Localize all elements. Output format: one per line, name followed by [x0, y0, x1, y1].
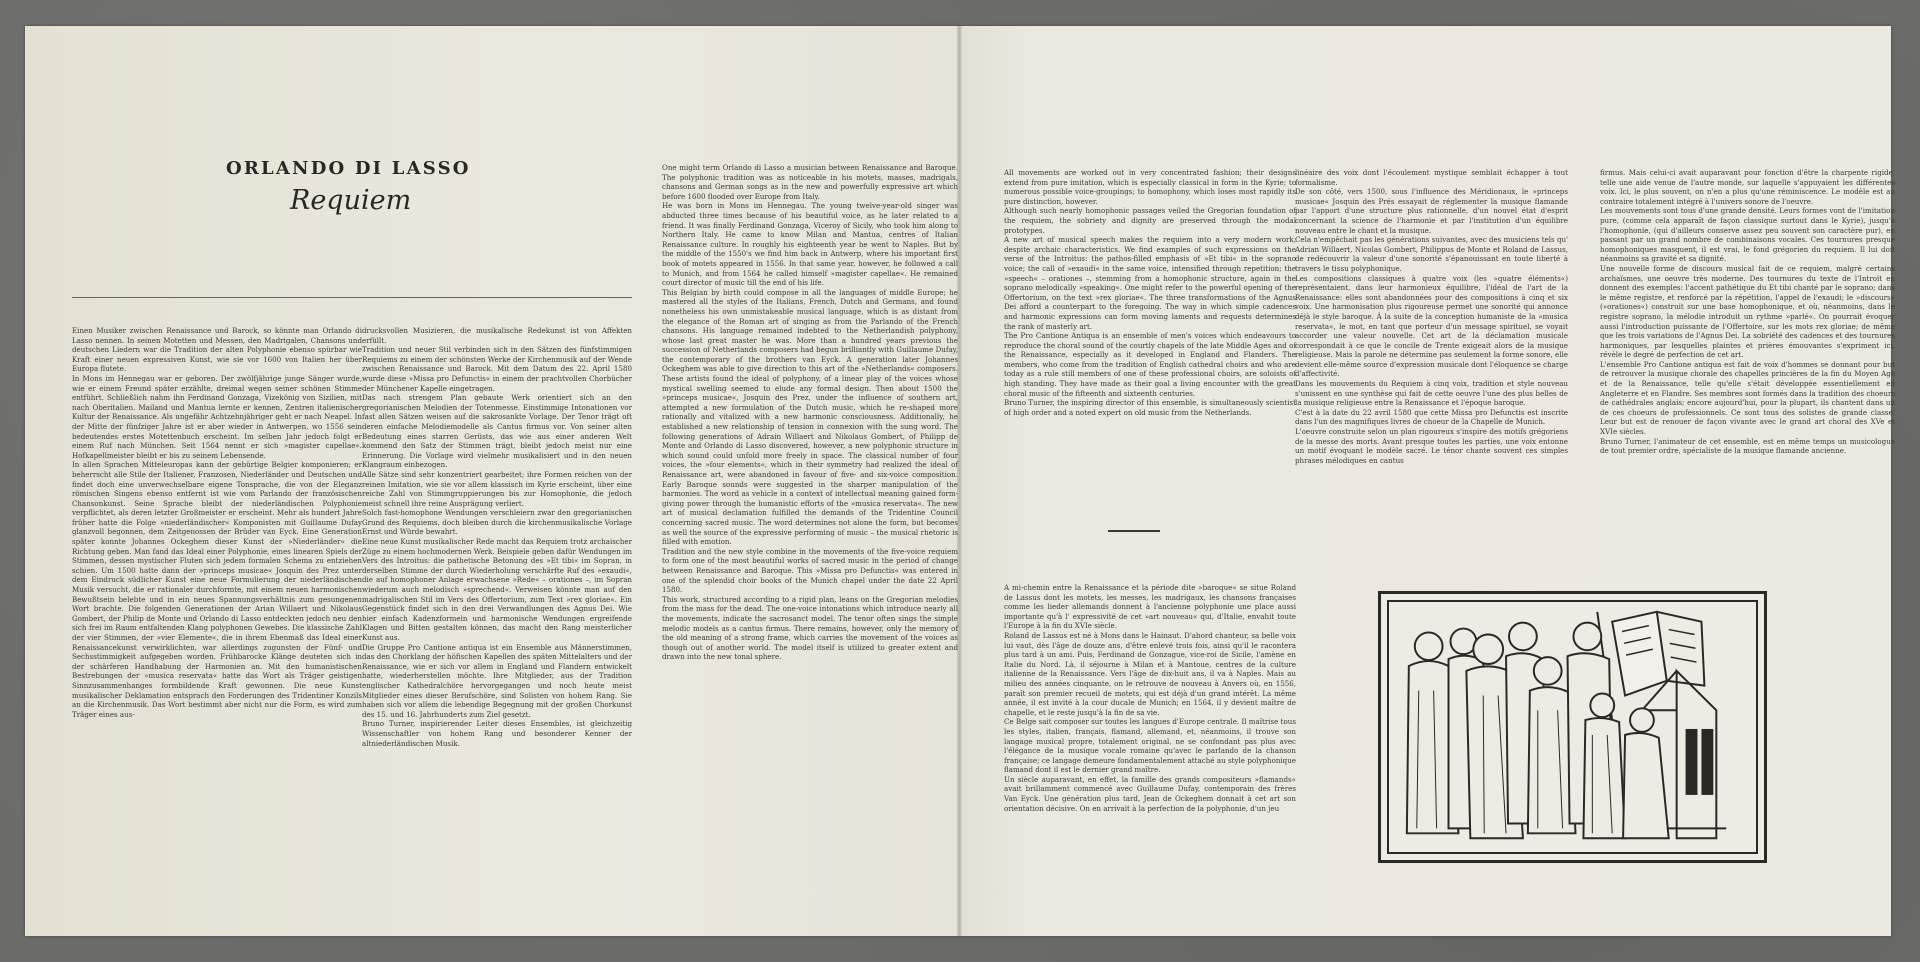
german-text-column-1: Einen Musiker zwischen Renaissance und B… [72, 326, 362, 719]
paragraph: Das nach strengem Plan gebaute Werk orie… [362, 393, 632, 470]
paragraph: Eine neue Kunst musikalischer Rede macht… [362, 537, 632, 643]
paragraph: Bruno Turner, inspirierender Leiter dies… [362, 719, 632, 748]
paragraph: One might term Orlando di Lasso a musici… [662, 163, 958, 201]
section-divider [1108, 530, 1160, 532]
woodcut-frame [1387, 600, 1758, 854]
paragraph: He was born in Mons im Hennegau. The you… [662, 201, 958, 287]
woodcut-illustration [1378, 591, 1767, 863]
paragraph: Dans les mouvements du Requiem à cinq vo… [1295, 379, 1568, 408]
paragraph: L'ensemble Pro Cantione antiqua est fait… [1600, 360, 1895, 437]
paragraph: Tradition and the new style combine in t… [662, 547, 958, 595]
french-text-column-2: linéaire des voix dont l'écoulement myst… [1295, 168, 1568, 465]
paragraph: This Belgian by birth could compose in a… [662, 288, 958, 547]
paragraph: Einen Musiker zwischen Renaissance und B… [72, 326, 362, 374]
paragraph: A mi-chemin entre la Renaissance et la p… [1004, 583, 1296, 631]
paragraph: A new art of musical speech makes the re… [1004, 235, 1296, 331]
title-rule [72, 297, 632, 298]
paragraph: C'est à la date du 22 avril 1580 que cet… [1295, 408, 1568, 427]
paragraph: The Pro Cantione Antiqua is an ensemble … [1004, 331, 1296, 398]
french-text-column-3: firmus. Mais celui-ci avait auparavant p… [1600, 168, 1895, 456]
paragraph: Les mouvements sont tous d'une grande de… [1600, 206, 1895, 264]
paragraph: Solch fast-homophone Wendungen verschlei… [362, 508, 632, 537]
paragraph: Un siècle auparavant, en effet, la famil… [1004, 775, 1296, 813]
paragraph: Une nouvelle forme de discours musical f… [1600, 264, 1895, 360]
paragraph: Les compositions classiques à quatre voi… [1295, 274, 1568, 380]
paragraph: In allen Sprachen Mitteleuropas kann der… [72, 460, 362, 719]
paragraph: In Mons im Hennegau war er geboren. Der … [72, 374, 362, 460]
paragraph: L'oeuvre construite selon un plan rigour… [1295, 427, 1568, 465]
paragraph: Tradition und neuer Stil verbinden sich … [362, 345, 632, 393]
german-text-column-2: drucksvollen Musizieren, die musikalisch… [362, 326, 632, 748]
paragraph: Alle Sätze sind sehr konzentriert gearbe… [362, 470, 632, 508]
composer-name: ORLANDO DI LASSO [226, 158, 471, 179]
paragraph: Bruno Turner, the inspiring director of … [1004, 398, 1296, 417]
paragraph: Roland de Lassus est né à Mons dans le H… [1004, 631, 1296, 717]
work-title: Requiem [290, 185, 471, 216]
paragraph: Die Gruppe Pro Cantione antiqua ist ein … [362, 643, 632, 720]
paragraph: linéaire des voix dont l'écoulement myst… [1295, 168, 1568, 187]
english-text-column-1: One might term Orlando di Lasso a musici… [662, 163, 958, 662]
paragraph: drucksvollen Musizieren, die musikalisch… [362, 326, 632, 345]
paragraph: Although such nearly homophonic passages… [1004, 206, 1296, 235]
paragraph: Ce Belge sait composer sur toutes les la… [1004, 717, 1296, 775]
french-text-column-1: A mi-chemin entre la Renaissance et la p… [1004, 583, 1296, 813]
choir-lectern-woodcut-icon [1389, 602, 1756, 852]
english-text-column-2: All movements are worked out in very con… [1004, 168, 1296, 417]
paragraph: De son côté, vers 1500, sous l'influence… [1295, 187, 1568, 235]
title-block: ORLANDO DI LASSO Requiem [226, 158, 471, 216]
paragraph: Cela n'empêchait pas les générations sui… [1295, 235, 1568, 273]
paragraph: firmus. Mais celui-ci avait auparavant p… [1600, 168, 1895, 206]
paragraph: Bruno Turner, l'animateur de cet ensembl… [1600, 437, 1895, 456]
paragraph: This work, structured according to a rig… [662, 595, 958, 662]
paragraph: All movements are worked out in very con… [1004, 168, 1296, 206]
